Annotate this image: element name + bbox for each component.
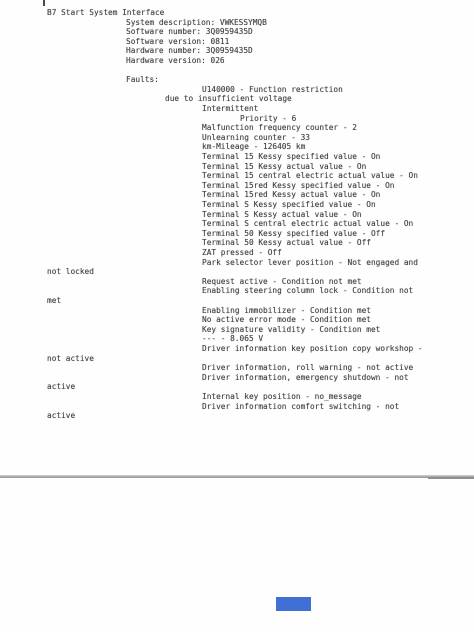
document-line: km-Mileage - 126405 km <box>202 142 305 152</box>
document-line: Terminal 50 Kessy actual value - Off <box>202 238 371 248</box>
document-line: Terminal S Kessy actual value - On <box>202 210 362 220</box>
document-line: Enabling immobilizer - Condition met <box>202 306 371 316</box>
document-line: met <box>47 296 61 306</box>
document-line: U140000 - Function restriction <box>202 85 343 95</box>
document-line: Park selector lever position - Not engag… <box>202 258 418 268</box>
document-line: Terminal 15 Kessy specified value - On <box>202 152 380 162</box>
document-line: Terminal 15red Kessy actual value - On <box>202 190 380 200</box>
document-line: due to insufficient voltage <box>165 94 292 104</box>
document-line: Driver information, emergency shutdown -… <box>202 373 409 383</box>
document-title-line: B7 Start System Interface <box>47 8 164 18</box>
document-line: active <box>47 411 75 421</box>
document-line: Internal key position - no_message <box>202 392 362 402</box>
document-line: Terminal 50 Kessy specified value - Off <box>202 229 385 239</box>
document-line: Terminal 15red Kessy specified value - O… <box>202 181 394 191</box>
scanned-document-page: ****************************************… <box>0 0 474 632</box>
document-line: Terminal 15 Kessy actual value - On <box>202 162 366 172</box>
document-line: active <box>47 382 75 392</box>
document-line: Terminal 15 central electric actual valu… <box>202 171 418 181</box>
document-line: Driver information, roll warning - not a… <box>202 363 413 373</box>
document-line: not locked <box>47 267 94 277</box>
document-line: Key signature validity - Condition met <box>202 325 380 335</box>
document-line: Terminal S Kessy specified value - On <box>202 200 376 210</box>
document-line: Terminal S central electric actual value… <box>202 219 413 229</box>
document-line: Priority - 6 <box>240 114 296 124</box>
document-line: Hardware version: 026 <box>126 56 225 66</box>
document-line: Software number: 3Q0959435D <box>126 27 253 37</box>
document-line: Enabling steering column lock - Conditio… <box>202 286 413 296</box>
document-line: Driver information key position copy wor… <box>202 344 423 354</box>
document-line: Unlearning counter - 33 <box>202 133 310 143</box>
document-line: System description: VWKESSYMQB <box>126 18 267 28</box>
document-line: ZAT pressed - Off <box>202 248 282 258</box>
document-line: Malfunction frequency counter - 2 <box>202 123 357 133</box>
clipped-separator-row-left: ****************************************… <box>47 0 258 5</box>
document-line: Intermittent <box>202 104 258 114</box>
scan-edge-tick <box>43 0 45 6</box>
document-line: No active error mode - Condition met <box>202 315 371 325</box>
document-line: Request active - Condition not met <box>202 277 362 287</box>
document-line: Driver information comfort switching - n… <box>202 402 399 412</box>
page-divider-line <box>0 475 474 478</box>
clipped-separator-row-right: ******************** <box>288 0 384 5</box>
page-divider-dark-end <box>428 477 474 479</box>
document-line: Faults: <box>126 75 159 85</box>
document-line: Hardware number: 3Q0959435D <box>126 46 253 56</box>
document-line: not active <box>47 354 94 364</box>
document-line: Software version: 0811 <box>126 37 229 47</box>
blue-marker-box <box>276 597 311 611</box>
document-line: --- - 8.065 V <box>202 334 263 344</box>
